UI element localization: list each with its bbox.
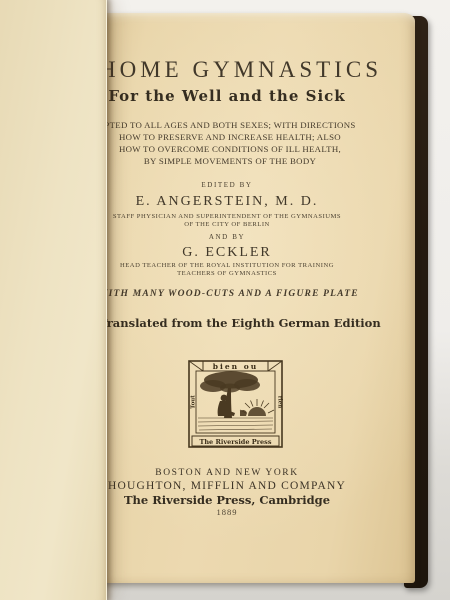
translation-note: Translated from the Eighth German Editio… xyxy=(99,316,355,330)
description-block: PTED TO ALL AGES AND BOTH SEXES; WITH DI… xyxy=(102,119,358,167)
and-by-label: AND BY xyxy=(99,233,355,241)
title-page-content: HOME GYMNASTICS For the Well and the Sic… xyxy=(99,13,415,583)
editor-affiliation: STAFF PHYSICIAN AND SUPERINTENDENT OF TH… xyxy=(99,213,355,229)
illustrations-note: WITH MANY WOOD-CUTS AND A FIGURE PLATE xyxy=(99,289,355,299)
description-line: HOW TO OVERCOME CONDITIONS OF ILL HEALTH… xyxy=(102,143,358,155)
dedication-line: For the Well and the Sick xyxy=(99,87,355,105)
device-motto-right: rien xyxy=(277,396,283,409)
device-banner-text: The Riverside Press xyxy=(199,438,271,446)
affiliation-line: TEACHERS OF GYMNASTICS xyxy=(99,270,355,278)
page-title: HOME GYMNASTICS xyxy=(99,57,355,83)
facing-blank-page xyxy=(0,0,107,600)
editor-name: G. ECKLER xyxy=(99,245,355,261)
editor-name: E. ANGERSTEIN, M. D. xyxy=(99,194,355,210)
affiliation-line: OF THE CITY OF BERLIN xyxy=(99,221,355,229)
affiliation-line: STAFF PHYSICIAN AND SUPERINTENDENT OF TH… xyxy=(99,213,355,221)
device-motto-top: bien ou xyxy=(213,362,258,371)
affiliation-line: HEAD TEACHER OF THE ROYAL INSTITUTION FO… xyxy=(99,262,355,270)
device-scene xyxy=(198,372,274,431)
imprint-press: The Riverside Press, Cambridge xyxy=(99,493,355,507)
ground-hatch xyxy=(198,418,273,430)
description-line: BY SIMPLE MOVEMENTS OF THE BODY xyxy=(102,155,358,167)
companion-figure-icon xyxy=(240,410,247,416)
edited-by-label: EDITED BY xyxy=(99,181,355,189)
editor-affiliation: HEAD TEACHER OF THE ROYAL INSTITUTION FO… xyxy=(99,262,355,278)
imprint-year: 1889 xyxy=(99,507,355,517)
imprint-publisher: HOUGHTON, MIFFLIN AND COMPANY xyxy=(99,480,355,492)
description-line: PTED TO ALL AGES AND BOTH SEXES; WITH DI… xyxy=(102,119,358,131)
riverside-press-device: bien ou Tout rien The Riverside Press xyxy=(187,358,284,451)
device-motto-left: Tout xyxy=(191,395,197,409)
imprint-cities: BOSTON AND NEW YORK xyxy=(99,468,355,478)
seated-figure-icon xyxy=(218,395,235,416)
description-line: HOW TO PRESERVE AND INCREASE HEALTH; ALS… xyxy=(102,131,358,143)
